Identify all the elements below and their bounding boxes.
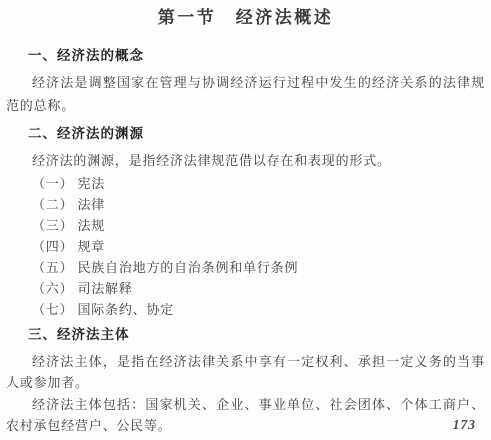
section-sources-heading: 二、经济法的渊源 <box>6 126 485 142</box>
concept-paragraph: 经济法是调整国家在管理与协调经济运行过程中发生的经济关系的法律规范的总称。 <box>6 72 485 117</box>
section-concept: 一、经济法的概念 经济法是调整国家在管理与协调经济运行过程中发生的经济关系的法律… <box>6 48 485 117</box>
document-page: 第一节 经济法概述 一、经济法的概念 经济法是调整国家在管理与协调经济运行过程中… <box>0 0 491 440</box>
source-item-constitution: （一） 宪法 <box>6 173 485 194</box>
section-concept-heading: 一、经济法的概念 <box>6 48 485 64</box>
source-item-judicial-interpretation: （六） 司法解释 <box>6 278 485 299</box>
sources-paragraph: 经济法的渊源，是指经济法律规范借以存在和表现的形式。 <box>6 150 485 173</box>
section-subjects: 三、经济法主体 经济法主体，是指在经济法律关系中享有一定权利、承担一定义务的当事… <box>6 327 485 437</box>
subjects-definition-paragraph: 经济法主体，是指在经济法律关系中享有一定权利、承担一定义务的当事人或参加者。 <box>6 351 485 394</box>
page-title: 第一节 经济法概述 <box>6 8 485 28</box>
source-item-international-treaties: （七） 国际条约、协定 <box>6 299 485 320</box>
page-number: 173 <box>453 417 476 433</box>
section-subjects-heading: 三、经济法主体 <box>6 327 485 343</box>
section-sources: 二、经济法的渊源 经济法的渊源，是指经济法律规范借以存在和表现的形式。 （一） … <box>6 126 485 320</box>
source-item-laws: （二） 法律 <box>6 194 485 215</box>
subjects-scope-paragraph: 经济法主体包括：国家机关、企业、事业单位、社会团体、个体工商户、农村承包经营户、… <box>6 394 485 437</box>
source-item-rules: （四） 规章 <box>6 236 485 257</box>
source-item-regulations: （三） 法规 <box>6 215 485 236</box>
source-item-autonomous-regulations: （五） 民族自治地方的自治条例和单行条例 <box>6 257 485 278</box>
